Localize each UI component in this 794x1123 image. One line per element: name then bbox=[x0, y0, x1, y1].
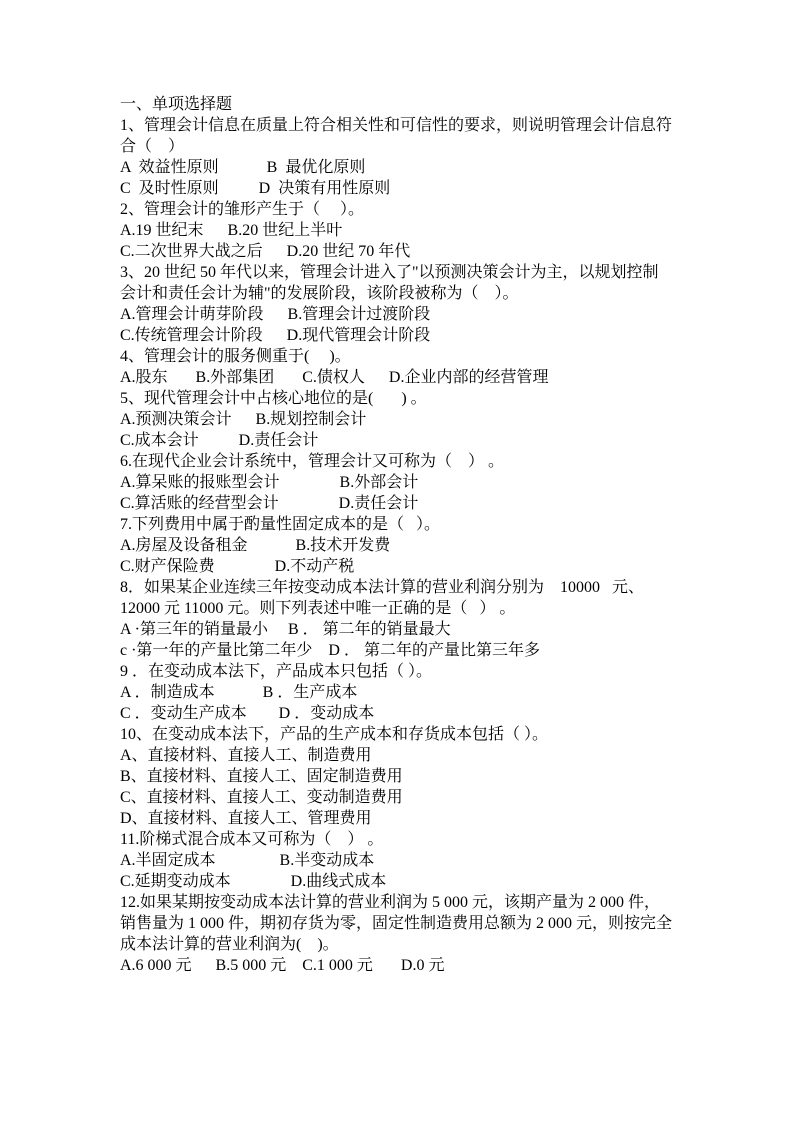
question-3-options-line: C.传统管理会计阶段 D.现代管理会计阶段 bbox=[120, 325, 700, 346]
question-8-options-line: c ·第一年的产量比第二年少 D ． 第二年的产量比第三年多 bbox=[120, 640, 700, 661]
question-12-options-line: A.6 000 元 B.5 000 元 C.1 000 元 D.0 元 bbox=[120, 955, 700, 976]
question-11-options-line: A.半固定成本 B.半变动成本 bbox=[120, 850, 700, 871]
question-2-options-line: C.二次世界大战之后 D.20 世纪 70 年代 bbox=[120, 241, 700, 262]
question-7-stem-line: 7.下列费用中属于酌量性固定成本的是（ ）。 bbox=[120, 514, 700, 535]
question-8-stem-line: 8．如果某企业连续三年按变动成本法计算的营业利润分别为 10000 元、 bbox=[120, 577, 700, 598]
question-10-options-line: D、直接材料、直接人工、管理费用 bbox=[120, 808, 700, 829]
question-4-stem-line: 4、管理会计的服务侧重于( )。 bbox=[120, 346, 700, 367]
question-12-stem-line: 销售量为 1 000 件，期初存货为零，固定性制造费用总额为 2 000 元，则… bbox=[120, 913, 700, 934]
question-9-options-line: C ．变动生产成本 D ．变动成本 bbox=[120, 703, 700, 724]
question-10-options-line: B、直接材料、直接人工、固定制造费用 bbox=[120, 766, 700, 787]
question-11-stem-line: 11.阶梯式混合成本又可称为（ ） 。 bbox=[120, 829, 700, 850]
question-1-options-line: C 及时性原则 D 决策有用性原则 bbox=[120, 178, 700, 199]
question-7-options-line: A.房屋及设备租金 B.技术开发费 bbox=[120, 535, 700, 556]
question-1-options-line: A 效益性原则 B 最优化原则 bbox=[120, 157, 700, 178]
question-10-options-line: A、直接材料、直接人工、制造费用 bbox=[120, 745, 700, 766]
question-6-options-line: C.算活账的经营型会计 D.责任会计 bbox=[120, 493, 700, 514]
question-5-options-line: C.成本会计 D.责任会计 bbox=[120, 430, 700, 451]
question-4-options-line: A.股东 B.外部集团 C.债权人 D.企业内部的经营管理 bbox=[120, 367, 700, 388]
question-3-stem-line: 3、20 世纪 50 年代以来，管理会计进入了"以预测决策会计为主，以规划控制 bbox=[120, 262, 700, 283]
question-1-stem-line: 1、管理会计信息在质量上符合相关性和可信性的要求，则说明管理会计信息符 bbox=[120, 115, 700, 136]
section-heading: 一、单项选择题 bbox=[120, 94, 700, 115]
question-7-options-line: C.财产保险费 D.不动产税 bbox=[120, 556, 700, 577]
question-12-stem-line: 成本法计算的营业利润为( )。 bbox=[120, 934, 700, 955]
question-8-stem-line: 12000 元 11000 元。则下列表述中唯一正确的是（ ） 。 bbox=[120, 598, 700, 619]
question-5-options-line: A.预测决策会计 B.规划控制会计 bbox=[120, 409, 700, 430]
question-8-options-line: A ·第三年的销量最小 B ． 第二年的销量最大 bbox=[120, 619, 700, 640]
question-1-stem-line: 合（ ） bbox=[120, 136, 700, 157]
question-10-stem-line: 10、在变动成本法下，产品的生产成本和存货成本包括（ ）。 bbox=[120, 724, 700, 745]
question-10-options-line: C、直接材料、直接人工、变动制造费用 bbox=[120, 787, 700, 808]
question-3-options-line: A.管理会计萌芽阶段 B.管理会计过渡阶段 bbox=[120, 304, 700, 325]
question-9-stem-line: 9 ．在变动成本法下，产品成本只包括（ ）。 bbox=[120, 661, 700, 682]
question-5-stem-line: 5、现代管理会计中占核心地位的是( ) 。 bbox=[120, 388, 700, 409]
question-6-options-line: A.算呆账的报账型会计 B.外部会计 bbox=[120, 472, 700, 493]
question-3-stem-line: 会计和责任会计为辅"的发展阶段，该阶段被称为（ ）。 bbox=[120, 283, 700, 304]
question-2-stem-line: 2、管理会计的雏形产生于（ ）。 bbox=[120, 199, 700, 220]
question-text-block: 一、单项选择题 1、管理会计信息在质量上符合相关性和可信性的要求，则说明管理会计… bbox=[120, 94, 700, 976]
question-2-options-line: A.19 世纪末 B.20 世纪上半叶 bbox=[120, 220, 700, 241]
document-page: 一、单项选择题 1、管理会计信息在质量上符合相关性和可信性的要求，则说明管理会计… bbox=[0, 0, 794, 1123]
question-9-options-line: A ．制造成本 B ．生产成本 bbox=[120, 682, 700, 703]
question-12-stem-line: 12.如果某期按变动成本法计算的营业利润为 5 000 元，该期产量为 2 00… bbox=[120, 892, 700, 913]
question-6-stem-line: 6.在现代企业会计系统中，管理会计又可称为（ ） 。 bbox=[120, 451, 700, 472]
question-11-options-line: C.延期变动成本 D.曲线式成本 bbox=[120, 871, 700, 892]
